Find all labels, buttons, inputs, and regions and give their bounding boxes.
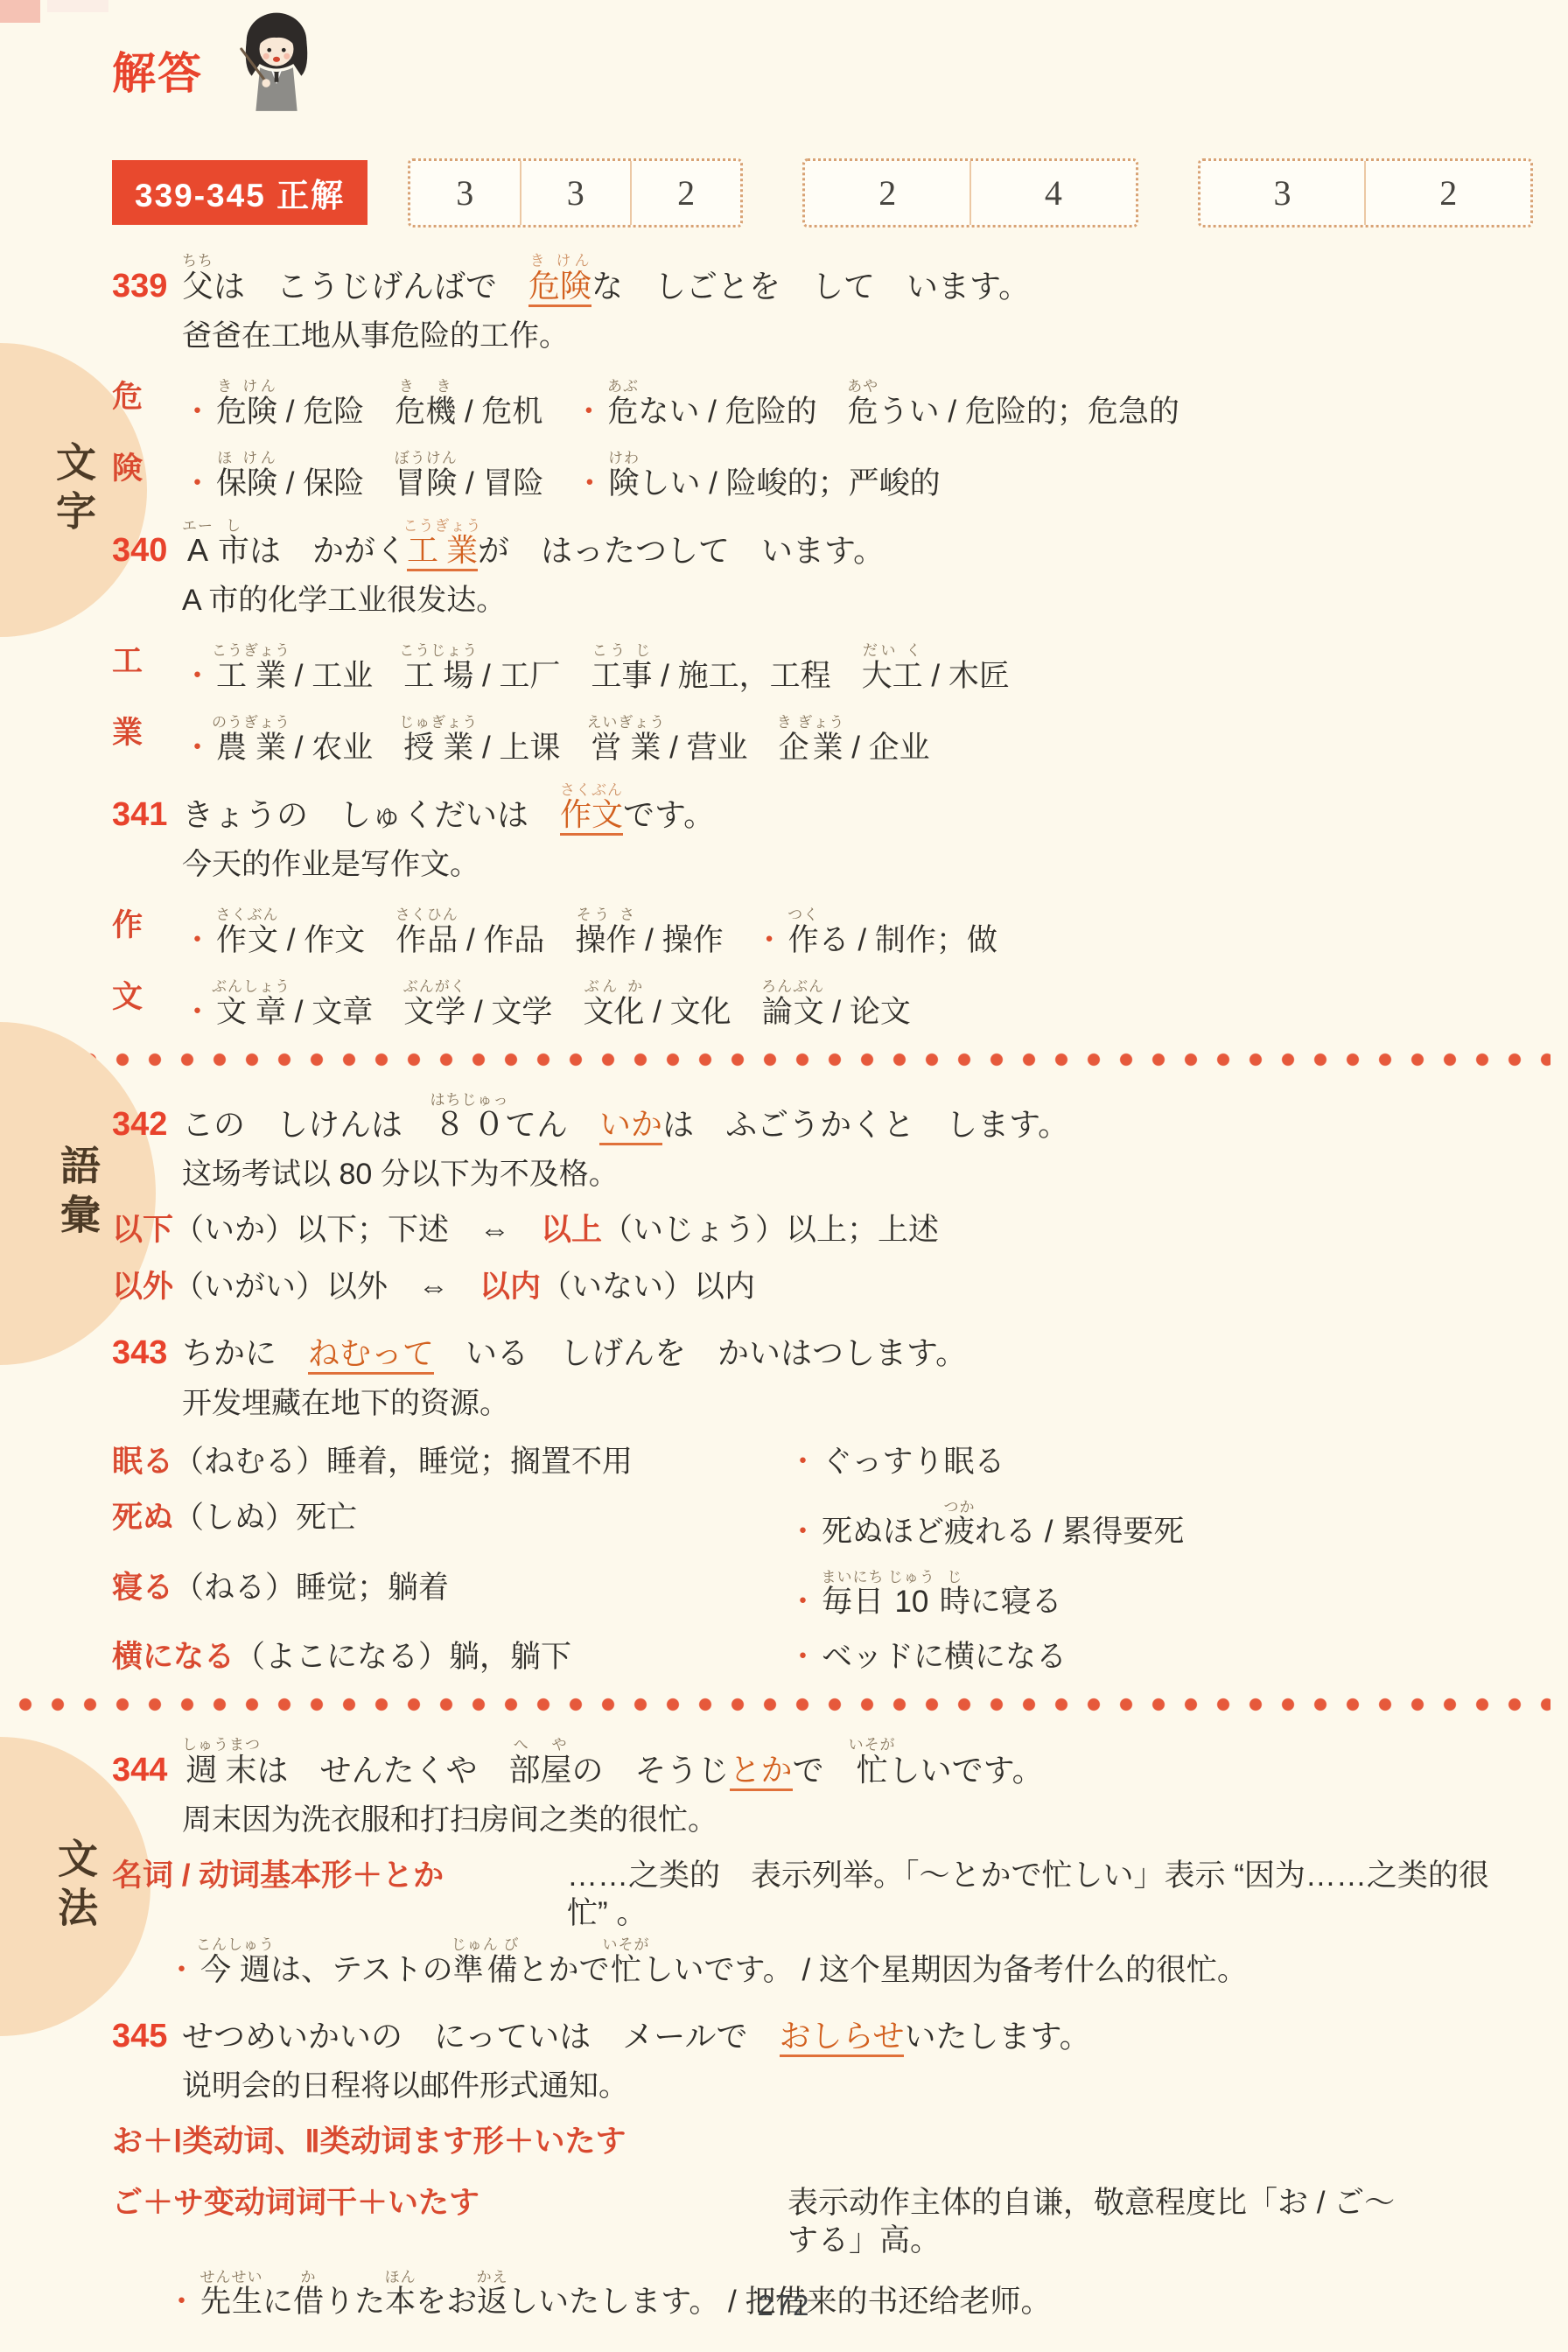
text-segment xyxy=(209,532,218,568)
ruby-word: 忙いそが xyxy=(610,1953,643,1987)
text-segment: が はったつして います。 xyxy=(478,532,885,568)
vocab-body: ・危険き けん / 危险 危機き き / 危机 ・危あぶない / 危险的 危あや… xyxy=(182,378,1526,431)
ruby-base: 企業 xyxy=(777,731,845,765)
vocab-body: ・保険ほ けん / 保险 冒険ぼうけん / 冒险 ・険けわしい / 险峻的；严峻… xyxy=(182,450,1526,503)
vocab-body: ・作文さくぶん / 作文 作品さくひん / 作品 操作そう さ / 操作 ・作つ… xyxy=(182,906,1526,960)
bullet-dot: ・ xyxy=(574,466,605,500)
text-segment xyxy=(931,1585,940,1619)
pair-right: ……之类的 表示列举。「～とかで忙しい」表示 “因为……之类的很忙” 。 xyxy=(567,1857,1526,1934)
vocab-body: ・農業のうぎょう / 农业 授業じゅぎょう / 上课 営業えいぎょう / 营业 … xyxy=(182,714,1526,767)
usage-pair-row: 寝る（ねる）睡觉；躺着・毎日まいにち 10じゅう 時じに寝る xyxy=(112,1560,1526,1621)
ruby-word: 今週こんしゅう xyxy=(200,1953,270,1987)
ruby-word: 保険ほ けん xyxy=(216,466,277,500)
text-segment: （いがい）以外 ⇔ xyxy=(173,1270,479,1304)
ruby-word: 10じゅう xyxy=(892,1585,931,1619)
accent-term: 死ぬ xyxy=(112,1501,173,1535)
ruby-base: 論文 xyxy=(761,995,824,1029)
ruby-base: 準備 xyxy=(451,1953,520,1987)
ruby-word: 作つく xyxy=(788,923,819,957)
corner-mark xyxy=(0,0,40,23)
ruby-base: 文学 xyxy=(403,995,466,1029)
ruby-base: 今週 xyxy=(196,1953,275,1987)
ruby-base: 10 xyxy=(888,1585,935,1619)
ruby-word: 父ちち xyxy=(182,268,213,304)
ruby-base: 市 xyxy=(218,532,249,568)
ruby-word: 忙いそが xyxy=(856,1752,889,1788)
question-number: 345 xyxy=(112,2016,182,2058)
ruby-word: 企業き ぎょう xyxy=(779,731,843,765)
bullet-dot: ・ xyxy=(787,1515,818,1549)
vocab-head-char: 文 xyxy=(112,978,182,1032)
ruby-base: 作文 xyxy=(560,796,623,832)
accent-term: 以上 xyxy=(541,1213,602,1247)
text-segment: / 工厂 xyxy=(473,659,591,693)
text-segment: / 施工，工程 xyxy=(652,659,861,693)
page-number: 272 xyxy=(0,2289,1568,2322)
accent-term: 以下 xyxy=(112,1213,173,1247)
pair-left: 名词 / 动词基本形＋とか xyxy=(112,1857,567,1934)
pair-right: 表示动作主体的自谦，敬意程度比「お / ご～する」高。 xyxy=(787,2184,1400,2261)
ruby-word: 時じ xyxy=(940,1585,970,1619)
text-segment: A 市的化学工业很发达。 xyxy=(182,584,506,617)
page-header: 解答 xyxy=(112,0,1568,156)
text-segment: 这场考试以 80 分以下为不及格。 xyxy=(182,1158,619,1191)
corner-mark xyxy=(47,0,108,12)
ruby-word: ８０はちじゅっ xyxy=(434,1106,505,1142)
bullet-dot: ・ xyxy=(787,1445,818,1479)
answer-group: 24 xyxy=(802,158,1137,227)
ruby-base: 工業 xyxy=(403,532,482,568)
ruby-word: 営業えいぎょう xyxy=(591,731,661,765)
ruby-word: 冒険ぼうけん xyxy=(395,466,457,500)
ruby-word: 市し xyxy=(218,532,249,568)
ruby-word: 作文さくぶん xyxy=(216,923,278,957)
text-segment: いる しげんを かいはつします。 xyxy=(434,1335,967,1371)
vocab-row: 危・危険き けん / 危险 危機き き / 危机 ・危あぶない / 危险的 危あ… xyxy=(112,367,1526,431)
text-segment: うい / 危险的；危急的 xyxy=(878,395,1179,429)
accent-term: 眠る xyxy=(112,1445,173,1479)
grammar-pattern-row: 名词 / 动词基本形＋とか……之类的 表示列举。「～とかで忙しい」表示 “因为…… xyxy=(112,1851,1526,1934)
question-block: 345せつめいかいの にっていは メールで おしらせいたします。说明会的日程将以… xyxy=(112,2004,1526,2321)
text-segment: いたします。 xyxy=(904,2018,1090,2054)
grammar-row: お＋Ⅰ类动词、Ⅱ类动词ます形＋いたす xyxy=(112,2117,1526,2161)
example-line: ・今週こんしゅうは、テストの準備じゅん びとかで忙いそがしいです。 / 这个星期… xyxy=(166,1936,1526,1990)
answer-word: 危険き けん xyxy=(528,268,591,307)
accent-term: 名词 / 动词基本形＋とか xyxy=(112,1858,444,1893)
text-segment: / 文学 xyxy=(465,995,583,1029)
dotted-divider xyxy=(17,1051,1550,1068)
ruby-base: 文章 xyxy=(212,995,290,1029)
ruby-word: 文学ぶんがく xyxy=(403,995,465,1029)
side-tab-label: 文字 xyxy=(45,441,102,539)
bullet-dot: ・ xyxy=(787,1640,818,1674)
answer-word: とか xyxy=(730,1752,793,1791)
answer-cell: 3 xyxy=(1200,161,1367,225)
usage-pair-row: 死ぬ（しぬ）死亡・死ぬほど疲つかれる / 累得要死 xyxy=(112,1490,1526,1551)
question-sentence: 344週末しゅうまつは せんたくや 部屋へ やの そうじとかで 忙いそがしいです… xyxy=(112,1736,1526,1791)
vocab-row: 文・文章ぶんしょう / 文章 文学ぶんがく / 文学 文化ぶん か / 文化 論… xyxy=(112,968,1526,1032)
ruby-base: 操作 xyxy=(575,923,636,957)
accent-term: 以外 xyxy=(112,1270,173,1304)
ruby-word: 険けわ xyxy=(608,466,639,500)
text-segment: しい / 险峻的；严峻的 xyxy=(639,466,940,500)
questions-area: 339父ちちは こうじげんばで 危険き けんな しごとを して います。爸爸在工… xyxy=(112,252,1526,2321)
ruby-word: 作品さくひん xyxy=(395,923,458,957)
answer-cell: 2 xyxy=(632,161,740,225)
question-block: 342この しけんは ８０はちじゅってん いかは ふごうかくと します。这场考试… xyxy=(112,1091,1526,1306)
ruby-word: 工事こう じ xyxy=(591,659,652,693)
ruby-base: 時 xyxy=(940,1585,970,1619)
translation-line: 今天的作业是写作文。 xyxy=(182,846,1526,884)
text-segment: です。 xyxy=(623,796,715,832)
ruby-word: 危険き けん xyxy=(216,395,277,429)
vocab-row: 業・農業のうぎょう / 农业 授業じゅぎょう / 上课 営業えいぎょう / 营业… xyxy=(112,703,1526,767)
text-segment: に寝る xyxy=(970,1585,1062,1619)
ruby-word: 週末しゅうまつ xyxy=(182,1752,257,1788)
text-segment: ぐっすり眠る xyxy=(822,1445,1004,1479)
text-segment: とかで xyxy=(518,1953,610,1987)
ruby-base: 危 xyxy=(847,395,878,429)
accent-term: 寝る xyxy=(112,1571,173,1605)
bullet-dot: ・ xyxy=(182,731,213,765)
ruby-word: 文化ぶん か xyxy=(583,995,644,1029)
answer-word: おしらせ xyxy=(780,2018,905,2057)
answer-cell: 3 xyxy=(521,161,632,225)
text-segment: 死ぬほど xyxy=(822,1515,944,1549)
question-sentence: 345せつめいかいの にっていは メールで おしらせいたします。 xyxy=(112,2004,1526,2058)
translation-line: 说明会的日程将以邮件形式通知。 xyxy=(182,2068,1526,2105)
page-title: 解答 xyxy=(112,38,203,101)
text-segment: は こうじげんばで xyxy=(213,268,528,304)
text-segment: / 作文 xyxy=(278,923,395,957)
text-segment: ちかに xyxy=(182,1335,308,1371)
answer-range-label: 339-345 正解 xyxy=(112,160,367,225)
pair-left: 死ぬ（しぬ）死亡 xyxy=(112,1499,787,1551)
answer-cell: 4 xyxy=(971,161,1136,225)
dotted-divider xyxy=(17,1696,1550,1713)
ruby-base: 作品 xyxy=(395,923,458,957)
ruby-base: 文化 xyxy=(583,995,644,1029)
ruby-base: 冒険 xyxy=(395,466,458,500)
ruby-base: 保険 xyxy=(216,466,277,500)
text-segment: （いじょう）以上；上述 xyxy=(602,1213,939,1247)
text-segment: の そうじ xyxy=(572,1752,730,1788)
text-segment: / 企业 xyxy=(843,731,930,765)
vocab-head-char: 業 xyxy=(112,714,182,767)
answer-word: 工業こうぎょう xyxy=(407,532,478,571)
question-sentence: 342この しけんは ８０はちじゅってん いかは ふごうかくと します。 xyxy=(112,1091,1526,1145)
question-sentence: 339父ちちは こうじげんばで 危険き けんな しごとを して います。 xyxy=(112,252,1526,307)
ruby-word: 文章ぶんしょう xyxy=(216,995,286,1029)
ruby-base: 危険 xyxy=(216,395,277,429)
bullet-dot: ・ xyxy=(787,1585,818,1619)
ruby-base: 作 xyxy=(787,923,819,957)
grammar-row: 以下（いか）以下；下述 ⇔ 以上（いじょう）以上；上述 xyxy=(112,1206,1526,1249)
pair-right: ・ベッドに横になる xyxy=(787,1638,1400,1676)
text-segment: / 危机 xyxy=(456,395,573,429)
text-segment: ない / 危险的 xyxy=(638,395,847,429)
ruby-word: 工業こうぎょう xyxy=(216,659,286,693)
vocab-head-char: 作 xyxy=(112,906,182,960)
bullet-dot: ・ xyxy=(182,659,213,693)
text-segment: 开发埋藏在地下的资源。 xyxy=(182,1387,509,1420)
translation-line: 爸爸在工地从事危险的工作。 xyxy=(182,318,1526,355)
text-segment: / 作品 xyxy=(458,923,575,957)
ruby-word: 危あや xyxy=(848,395,878,429)
ruby-word: 農業のうぎょう xyxy=(216,731,286,765)
ruby-base: 険 xyxy=(608,466,640,500)
side-tab-label: 文法 xyxy=(46,1837,104,1935)
text-segment: 爸爸在工地从事危险的工作。 xyxy=(182,319,569,353)
bullet-dot: ・ xyxy=(754,923,785,957)
ruby-word: 論文ろんぶん xyxy=(762,995,824,1029)
ruby-word: 危機き き xyxy=(395,395,456,429)
vocab-head-char: 工 xyxy=(112,642,182,696)
text-segment: （いか）以下；下述 ⇔ xyxy=(173,1213,541,1247)
ruby-base: 工業 xyxy=(212,659,290,693)
ruby-base: 大工 xyxy=(862,659,923,693)
text-segment: しいです。 / 这个星期因为备考什么的很忙。 xyxy=(643,1953,1248,1987)
ruby-base: 疲 xyxy=(944,1515,976,1549)
text-segment: / 文化 xyxy=(644,995,761,1029)
bullet-dot: ・ xyxy=(573,395,604,429)
text-segment: しいです。 xyxy=(889,1752,1044,1788)
ruby-word: 準備じゅん び xyxy=(453,1953,518,1987)
text-segment: / 上课 xyxy=(473,731,591,765)
text-segment: この しけんは xyxy=(182,1106,434,1142)
ruby-base: 危 xyxy=(607,395,639,429)
pair-left: ご＋サ变动词词干＋いたす xyxy=(112,2184,787,2261)
answer-cell: 2 xyxy=(805,161,971,225)
ruby-word: 部屋へ や xyxy=(509,1752,572,1788)
ruby-word: 大工だい く xyxy=(862,659,923,693)
pair-left: 横になる（よこになる）躺，躺下 xyxy=(112,1638,787,1676)
usage-pair-row: 横になる（よこになる）躺，躺下・ベッドに横になる xyxy=(112,1629,1526,1676)
pair-right: ・死ぬほど疲つかれる / 累得要死 xyxy=(787,1499,1400,1551)
question-sentence: 341きょうの しゅくだいは 作文さくぶんです。 xyxy=(112,781,1526,836)
usage-pair-row: 眠る（ねむる）睡着，睡觉；搁置不用・ぐっすり眠る xyxy=(112,1434,1526,1481)
answer-cell: 2 xyxy=(1366,161,1530,225)
question-sentence: 340Aエー 市しは かがく工業こうぎょうが はったつして います。 xyxy=(112,517,1526,571)
text-segment: る / 制作；做 xyxy=(819,923,997,957)
bullet-dot: ・ xyxy=(182,395,213,429)
teacher-girl-illustration xyxy=(224,3,329,117)
question-block: 343ちかに ねむって いる しげんを かいはつします。开发埋藏在地下的资源。眠… xyxy=(112,1320,1526,1676)
ruby-base: 農業 xyxy=(212,731,290,765)
answer-word: ねむって xyxy=(308,1335,434,1375)
text-segment: 今天的作业是写作文。 xyxy=(182,848,479,881)
question-block: 341きょうの しゅくだいは 作文さくぶんです。今天的作业是写作文。作・作文さく… xyxy=(112,781,1526,1032)
ruby-base: 作文 xyxy=(216,923,279,957)
question-number: 343 xyxy=(112,1333,182,1375)
answer-groups: 3322432 xyxy=(408,158,1533,227)
question-number: 344 xyxy=(112,1750,182,1792)
text-segment: で xyxy=(793,1752,856,1788)
bullet-dot: ・ xyxy=(182,923,213,957)
text-segment: てん xyxy=(505,1106,599,1142)
ruby-base: 父 xyxy=(182,268,213,304)
answer-group: 332 xyxy=(408,158,743,227)
ruby-base: 部屋 xyxy=(509,1752,572,1788)
vocab-head-char: 険 xyxy=(112,450,182,503)
accent-term: ご＋サ变动词词干＋いたす xyxy=(112,2186,479,2220)
ruby-word: 毎日まいにち xyxy=(822,1585,884,1619)
bullet-dot: ・ xyxy=(166,1953,197,1987)
question-number: 341 xyxy=(112,794,182,836)
side-tab-label: 語彙 xyxy=(49,1144,107,1242)
translation-line: 这场考试以 80 分以下为不及格。 xyxy=(182,1156,1526,1193)
pair-right: ・毎日まいにち 10じゅう 時じに寝る xyxy=(787,1569,1400,1621)
ruby-base: 危険 xyxy=(528,268,591,304)
text-segment: な しごとを して います。 xyxy=(591,268,1030,304)
vocab-row: 険・保険ほ けん / 保险 冒険ぼうけん / 冒险 ・険けわしい / 险峻的；严… xyxy=(112,439,1526,503)
answer-bar: 339-345 正解 3322432 xyxy=(112,156,1533,229)
text-segment: は せんたくや xyxy=(257,1752,509,1788)
text-segment: は かがく xyxy=(249,532,407,568)
translation-line: A 市的化学工业很发达。 xyxy=(182,582,1526,619)
text-segment: （よこになる）躺，躺下 xyxy=(234,1640,571,1674)
ruby-word: 工場こうじょう xyxy=(403,659,473,693)
answer-word: 作文さくぶん xyxy=(560,796,623,836)
text-segment: / 工业 xyxy=(286,659,403,693)
vocab-row: 作・作文さくぶん / 作文 作品さくひん / 作品 操作そう さ / 操作 ・作… xyxy=(112,896,1526,960)
question-number: 339 xyxy=(112,266,182,308)
vocab-head-char: 危 xyxy=(112,378,182,431)
text-segment: （いない）以内 xyxy=(541,1270,755,1304)
answer-cell: 3 xyxy=(410,161,521,225)
usage-pair-row: ご＋サ变动词词干＋いたす表示动作主体的自谦，敬意程度比「お / ご～する」高。 xyxy=(112,2175,1526,2261)
grammar-row: 以外（いがい）以外 ⇔ 以内（いない）以内 xyxy=(112,1263,1526,1306)
ruby-word: 危あぶ xyxy=(607,395,638,429)
translation-line: 周末因为洗衣服和打扫房间之类的很忙。 xyxy=(182,1802,1526,1839)
question-block: 344週末しゅうまつは せんたくや 部屋へ やの そうじとかで 忙いそがしいです… xyxy=(112,1736,1526,1990)
text-segment: （しぬ）死亡 xyxy=(173,1501,357,1535)
text-segment: は ふごうかくと します。 xyxy=(662,1106,1069,1142)
text-segment: / 木匠 xyxy=(923,659,1010,693)
vocab-body: ・工業こうぎょう / 工业 工場こうじょう / 工厂 工事こう じ / 施工，工… xyxy=(182,642,1526,696)
text-segment: 说明会的日程将以邮件形式通知。 xyxy=(182,2069,628,2103)
ruby-word: 授業じゅぎょう xyxy=(403,731,473,765)
ruby-word: 操作そう さ xyxy=(575,923,636,957)
textbook-page: 文字 語彙 文法 解答 339-345 正解 3322432 339父ちちは こ… xyxy=(0,0,1568,2352)
text-segment: ベッドに横になる xyxy=(822,1640,1067,1674)
question-number: 342 xyxy=(112,1104,182,1146)
text-segment: きょうの しゅくだいは xyxy=(182,796,560,832)
ruby-base: ８０ xyxy=(430,1106,509,1142)
text-segment: / 文章 xyxy=(286,995,403,1029)
text-segment: せつめいかいの にっていは メールで xyxy=(182,2018,780,2054)
text-segment: / 操作 xyxy=(636,923,753,957)
pair-left: 眠る（ねむる）睡着，睡觉；搁置不用 xyxy=(112,1443,787,1481)
ruby-base: 週末 xyxy=(182,1752,261,1788)
text-segment: / 营业 xyxy=(661,731,778,765)
ruby-base: 営業 xyxy=(586,731,665,765)
question-block: 340Aエー 市しは かがく工業こうぎょうが はったつして います。A 市的化学… xyxy=(112,517,1526,767)
text-segment: / 论文 xyxy=(824,995,911,1029)
question-sentence: 343ちかに ねむって いる しげんを かいはつします。 xyxy=(112,1320,1526,1375)
text-segment: は、テストの xyxy=(270,1953,453,1987)
text-segment: れる / 累得要死 xyxy=(975,1515,1184,1549)
ruby-base: 毎日 xyxy=(822,1585,885,1619)
question-block: 339父ちちは こうじげんばで 危険き けんな しごとを して います。爸爸在工… xyxy=(112,252,1526,503)
question-number: 340 xyxy=(112,530,182,572)
accent-term: 以内 xyxy=(479,1270,541,1304)
ruby-base: 工場 xyxy=(399,659,478,693)
accent-term: お＋Ⅰ类动词、Ⅱ类动词ます形＋いたす xyxy=(112,2124,626,2159)
text-segment: / 冒险 xyxy=(457,466,574,500)
answer-word: いか xyxy=(599,1106,662,1145)
vocab-row: 工・工業こうぎょう / 工业 工場こうじょう / 工厂 工事こう じ / 施工，… xyxy=(112,632,1526,696)
text-segment: （ねむる）睡着，睡觉；搁置不用 xyxy=(173,1445,633,1479)
text-segment: 表示动作主体的自谦，敬意程度比「お / ご～する」高。 xyxy=(787,2186,1395,2258)
translation-line: 开发埋藏在地下的资源。 xyxy=(182,1385,1526,1423)
text-segment: / 农业 xyxy=(286,731,403,765)
text-segment: 周末因为洗衣服和打扫房间之类的很忙。 xyxy=(182,1803,717,1837)
text-segment: （ねる）睡觉；躺着 xyxy=(173,1571,449,1605)
ruby-word: Aエー xyxy=(182,532,209,568)
ruby-base: 危機 xyxy=(395,395,456,429)
accent-term: 横になる xyxy=(112,1640,234,1674)
answer-group: 32 xyxy=(1198,158,1533,227)
vocab-body: ・文章ぶんしょう / 文章 文学ぶんがく / 文学 文化ぶん か / 文化 論文… xyxy=(182,978,1526,1032)
ruby-base: 授業 xyxy=(399,731,478,765)
text-segment: / 危险 xyxy=(277,395,395,429)
pair-right: ・ぐっすり眠る xyxy=(787,1443,1400,1481)
text-segment: / 保险 xyxy=(277,466,395,500)
bullet-dot: ・ xyxy=(182,995,213,1029)
bullet-dot: ・ xyxy=(182,466,213,500)
pair-left: 寝る（ねる）睡觉；躺着 xyxy=(112,1569,787,1621)
ruby-word: 疲つか xyxy=(944,1515,975,1549)
text-segment: ……之类的 表示列举。「～とかで忙しい」表示 “因为……之类的很忙” 。 xyxy=(567,1858,1489,1931)
ruby-base: 工事 xyxy=(591,659,652,693)
